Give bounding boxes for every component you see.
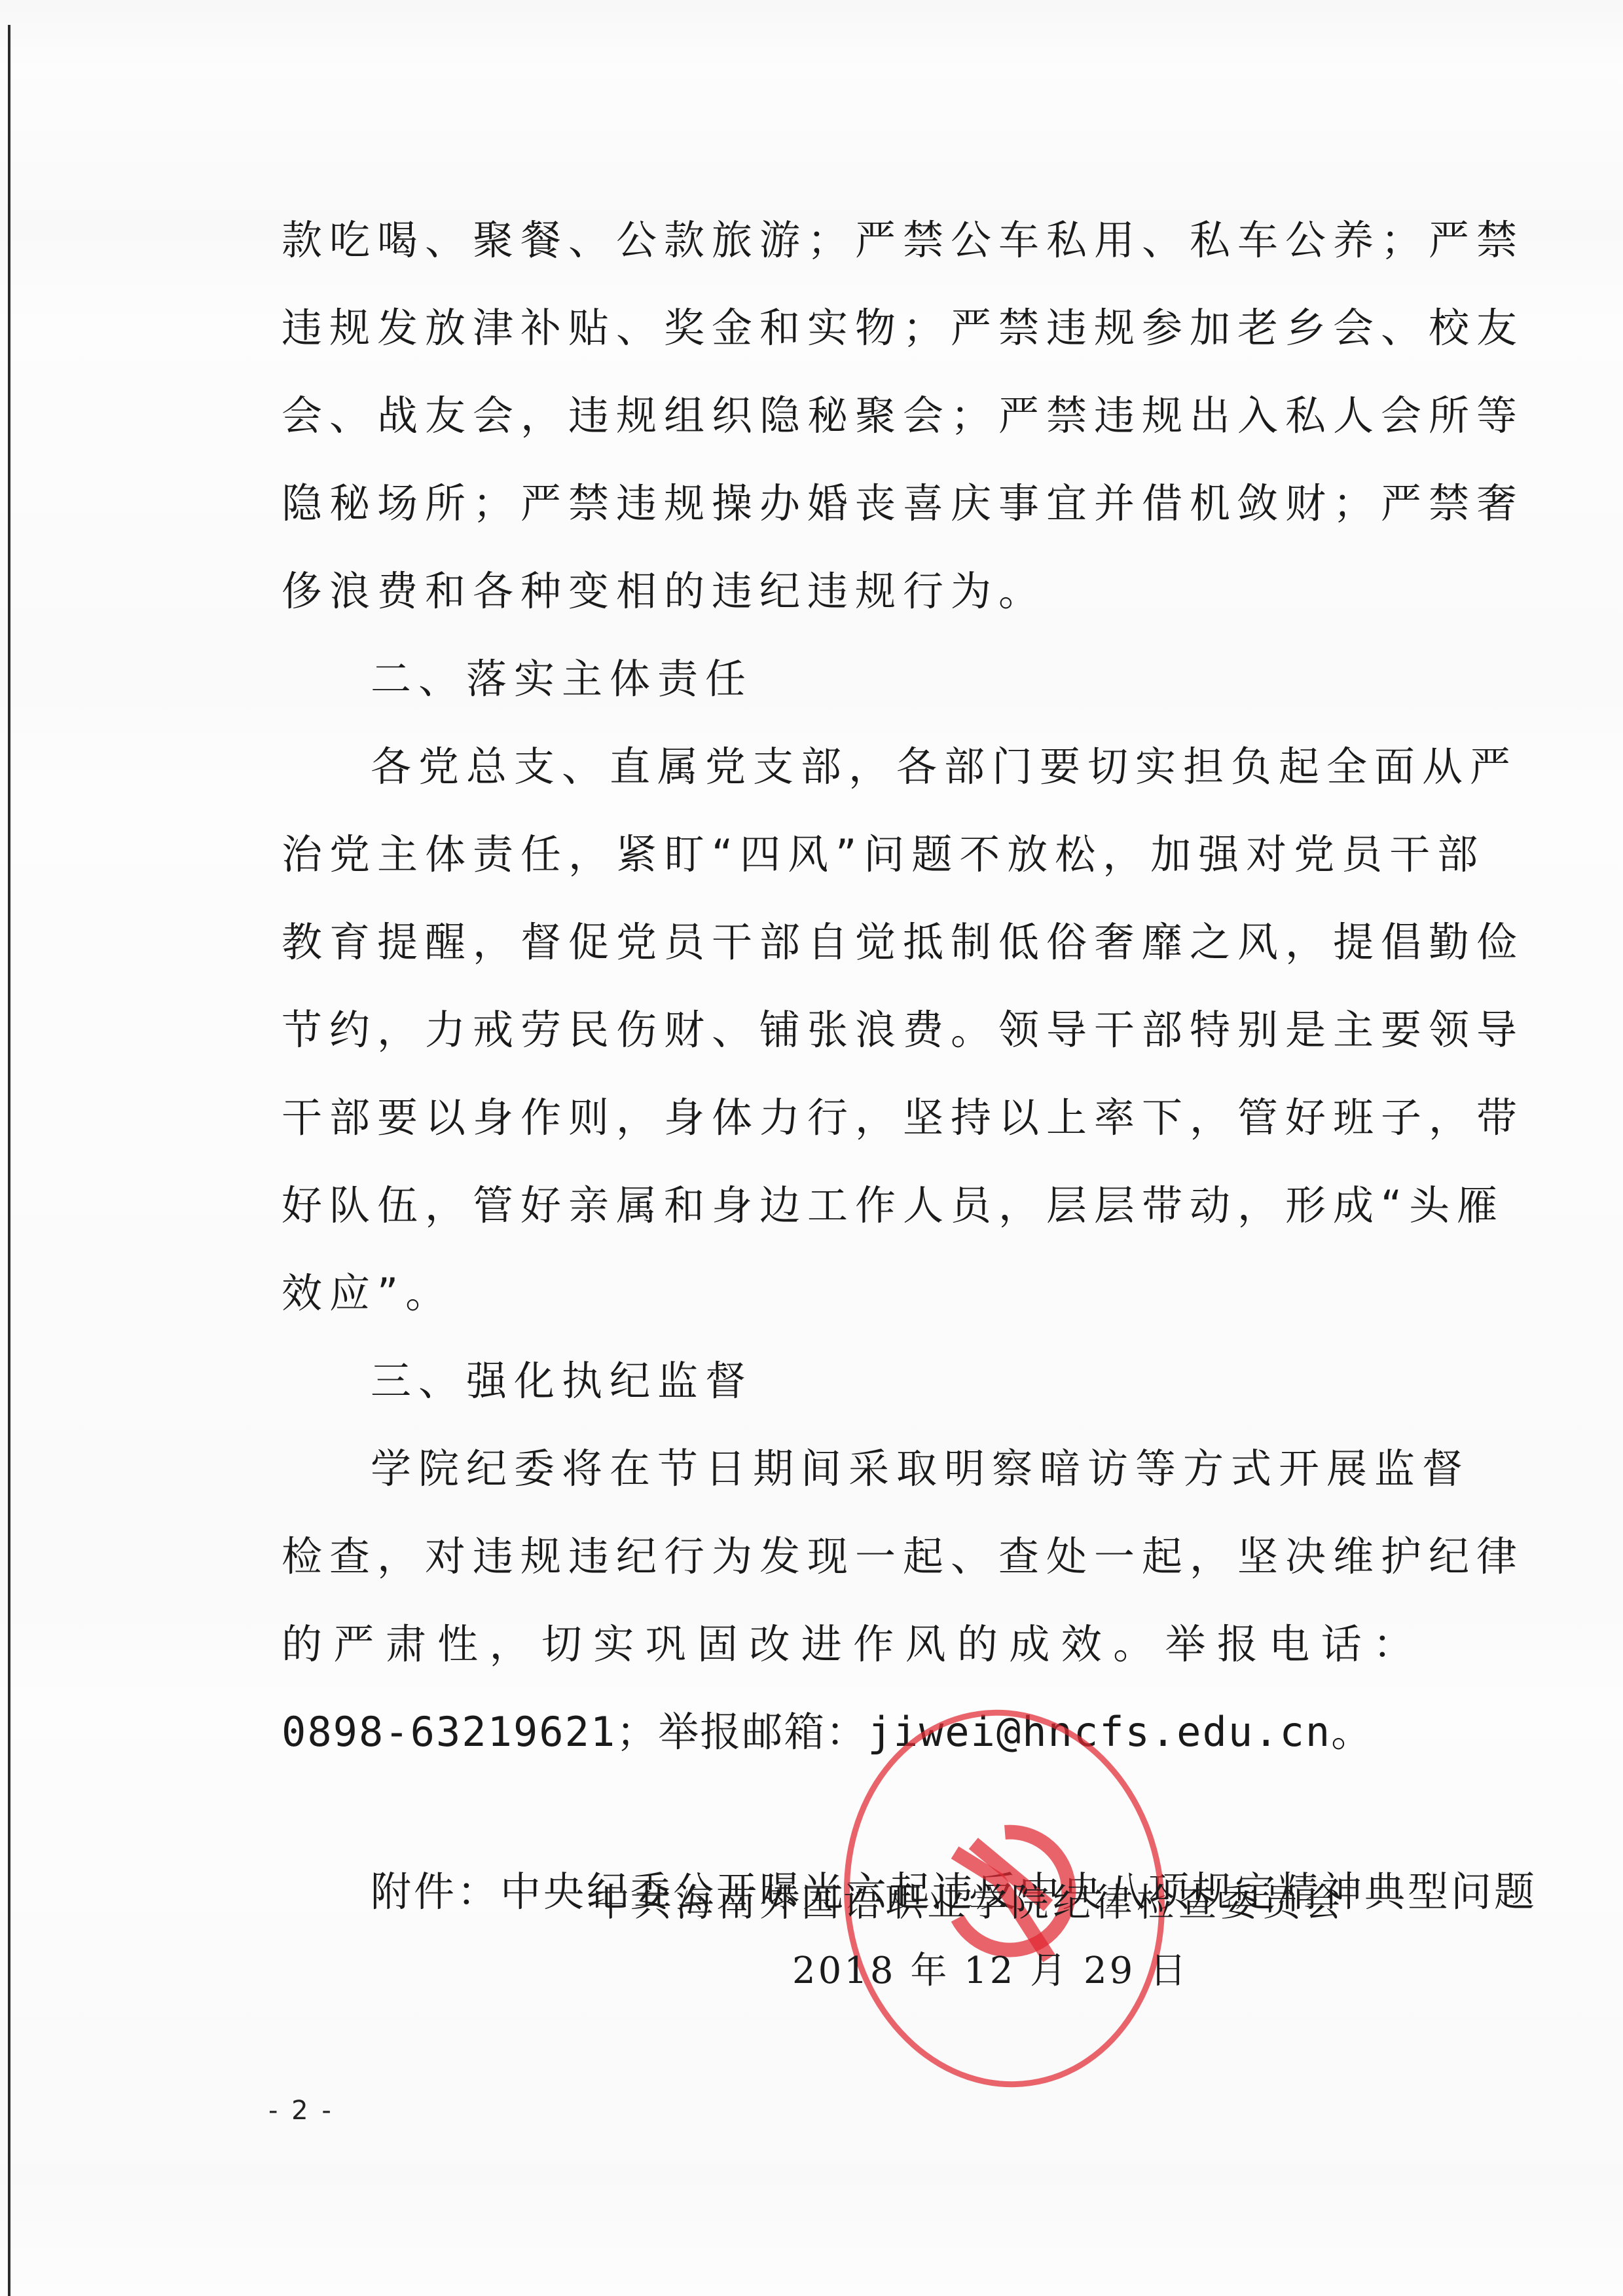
text-line: 的严肃性，切实巩固改进作风的成效。举报电话： [282, 1601, 1421, 1688]
text-line: 效应”。 [282, 1250, 1421, 1337]
signature-organization: 中共海南外国语职业学院纪律检查委员会 [576, 1866, 1362, 1938]
document-body: 款吃喝、聚餐、公款旅游；严禁公车私用、私车公养；严禁 违规发放津补贴、奖金和实物… [282, 196, 1421, 1936]
text-line: 教育提醒，督促党员干部自觉抵制低俗奢靡之风，提倡勤俭 [282, 898, 1421, 986]
paragraph-continued: 款吃喝、聚餐、公款旅游；严禁公车私用、私车公养；严禁 违规发放津补贴、奖金和实物… [282, 196, 1421, 635]
text-line: 隐秘场所；严禁违规操办婚丧喜庆事宜并借机敛财；严禁奢 [282, 460, 1421, 547]
section-heading-2: 二、落实主体责任 [282, 635, 1421, 723]
section-heading-3: 三、强化执纪监督 [282, 1337, 1421, 1425]
text-line: 各党总支、直属党支部，各部门要切实担负起全面从严 [282, 723, 1421, 811]
text-line: 检查，对违规违纪行为发现一起、查处一起，坚决维护纪律 [282, 1513, 1421, 1601]
text-line: 治党主体责任，紧盯“四风”问题不放松，加强对党员干部 [282, 811, 1421, 898]
text-line: 侈浪费和各种变相的违纪违规行为。 [282, 547, 1421, 635]
page-edge-line [8, 25, 10, 2296]
text-line: 违规发放津补贴、奖金和实物；严禁违规参加老乡会、校友 [282, 284, 1421, 372]
section-3-paragraph: 学院纪委将在节日期间采取明察暗访等方式开展监督 检查，对违规违纪行为发现一起、查… [282, 1425, 1421, 1776]
page-number: - 2 - [268, 2096, 334, 2126]
text-line: 干部要以身作则，身体力行，坚持以上率下，管好班子，带 [282, 1074, 1421, 1162]
text-line: 学院纪委将在节日期间采取明察暗访等方式开展监督 [282, 1425, 1421, 1513]
text-line: 款吃喝、聚餐、公款旅游；严禁公车私用、私车公养；严禁 [282, 196, 1421, 284]
text-line: 好队伍，管好亲属和身边工作人员，层层带动，形成“头雁 [282, 1162, 1421, 1250]
text-line: 会、战友会，违规组织隐秘聚会；严禁违规出入私人会所等 [282, 372, 1421, 460]
text-line: 节约，力戒劳民伤财、铺张浪费。领导干部特别是主要领导 [282, 986, 1421, 1074]
section-2-paragraph: 各党总支、直属党支部，各部门要切实担负起全面从严 治党主体责任，紧盯“四风”问题… [282, 723, 1421, 1337]
signature-date: 2018 年 12 月 29 日 [792, 1938, 1264, 2004]
